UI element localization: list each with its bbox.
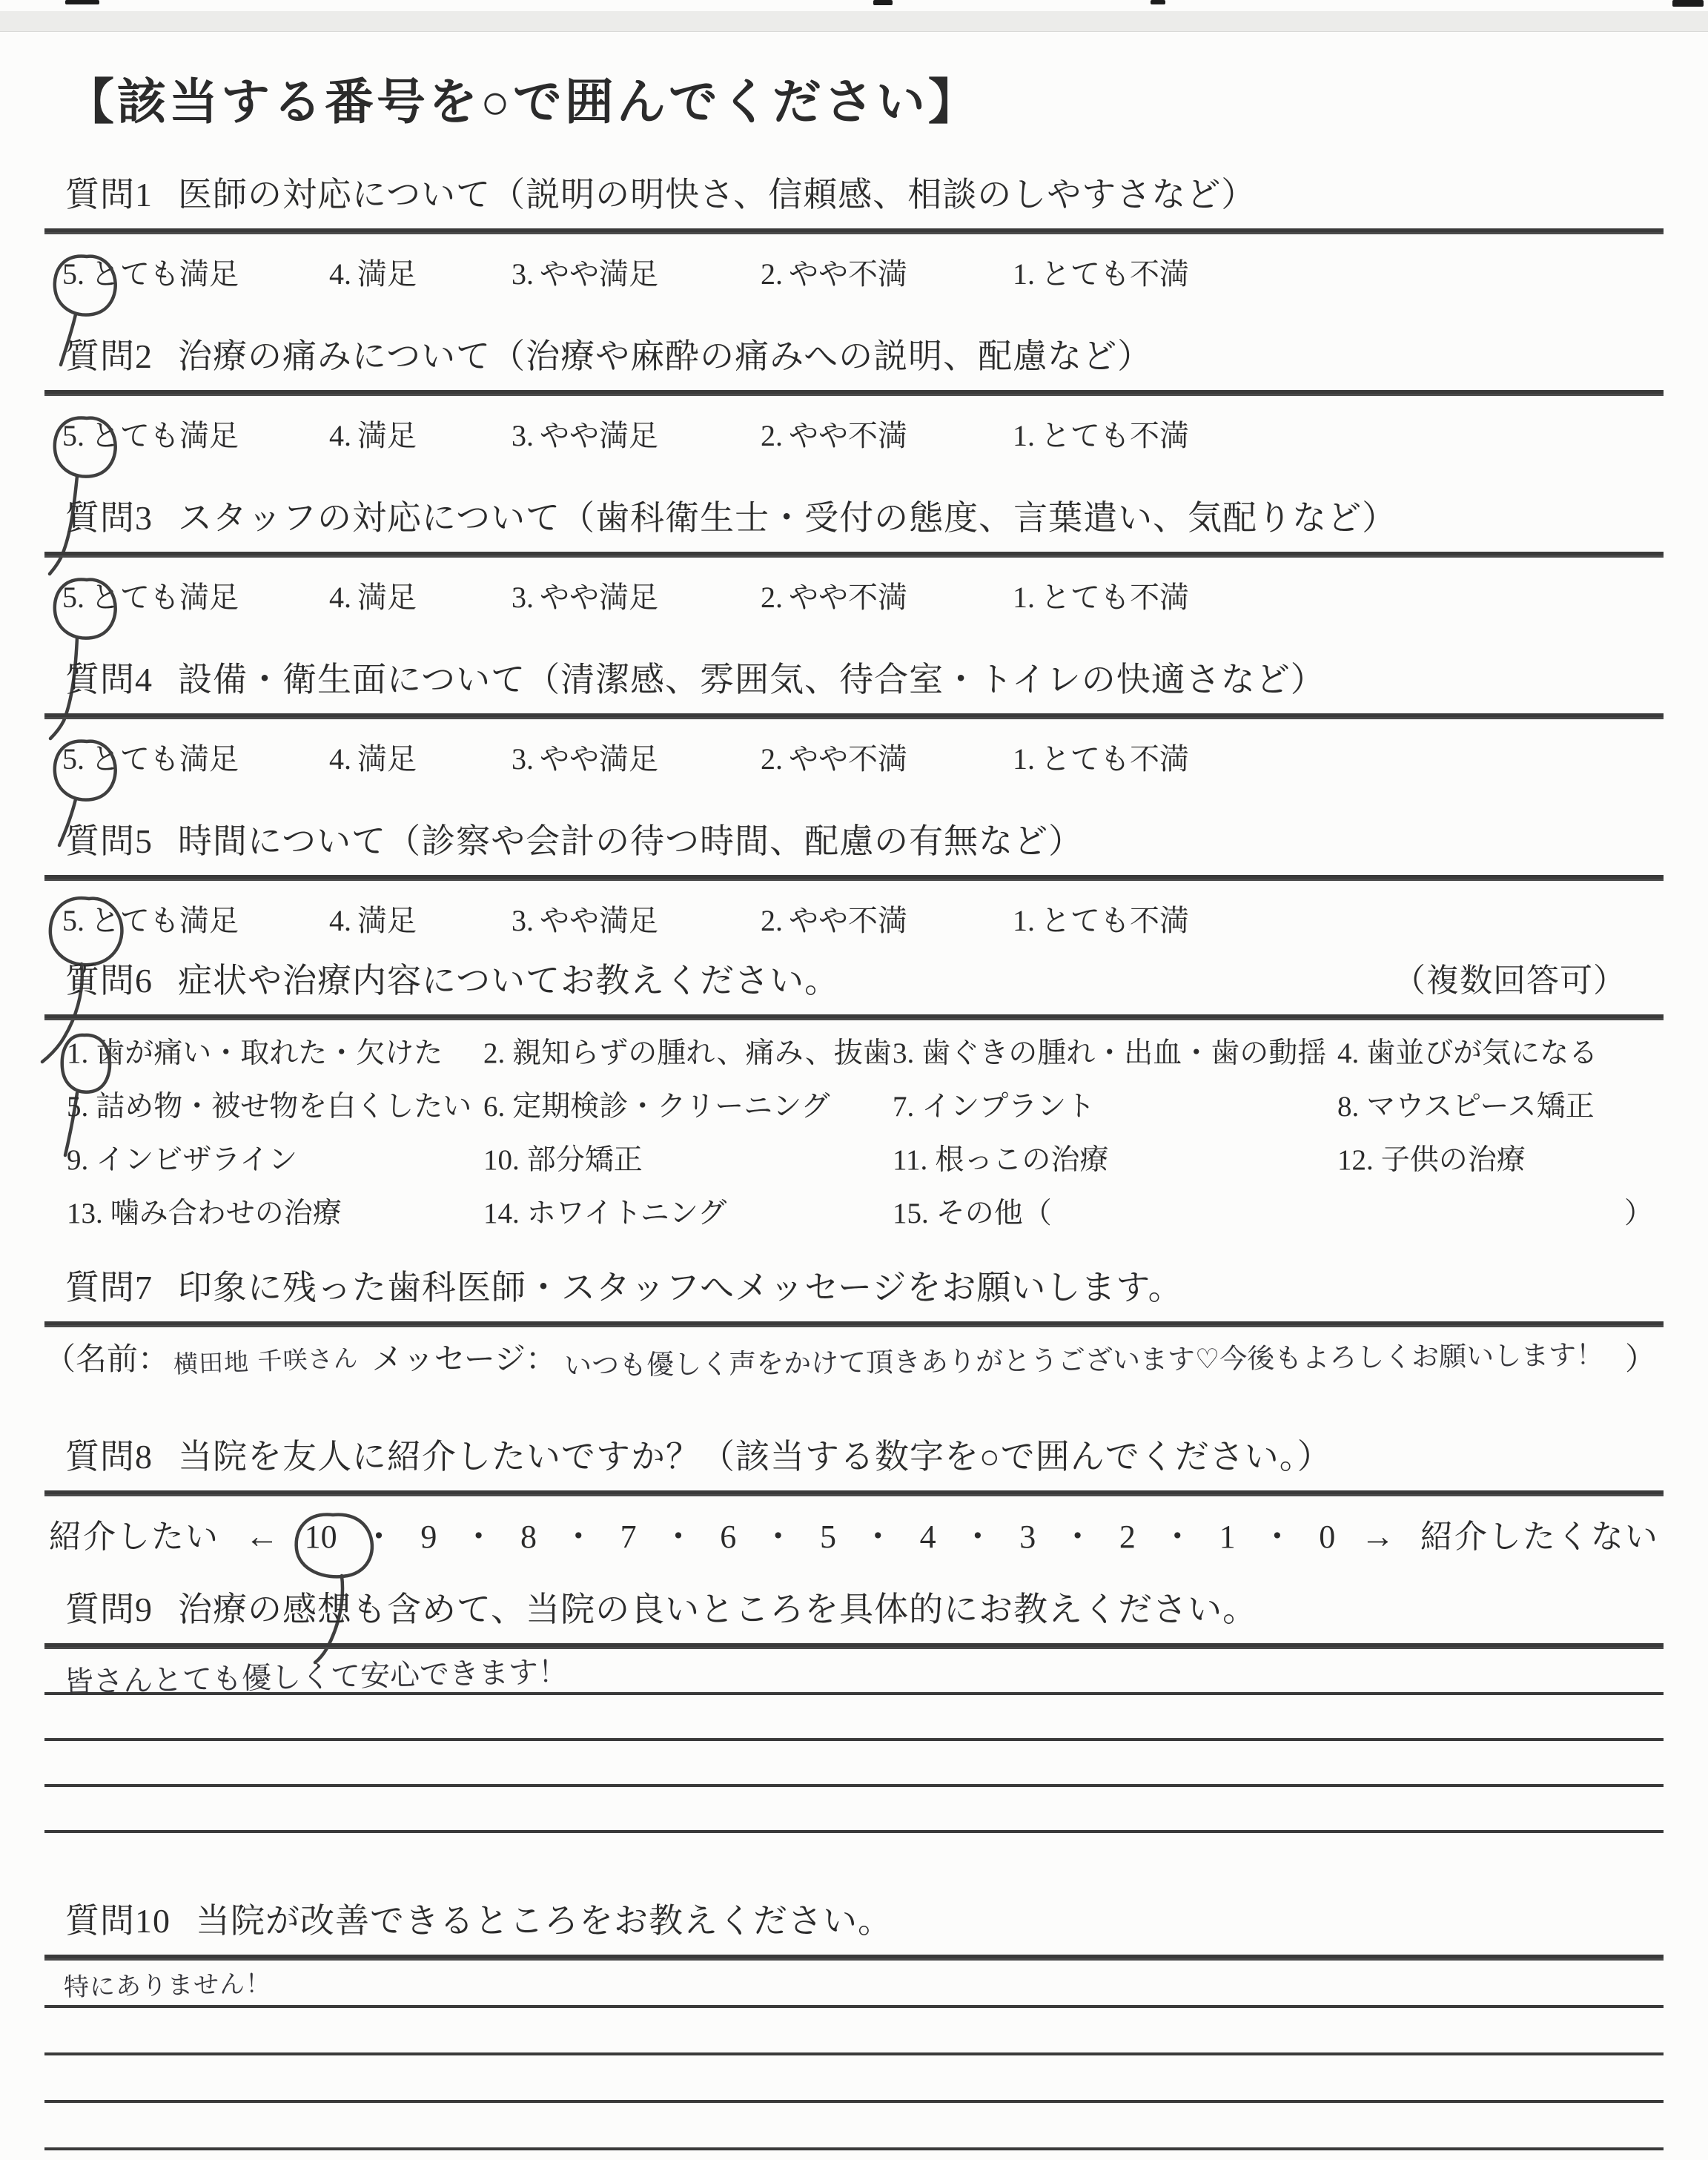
scan-artifact (1672, 0, 1704, 7)
question-1: 質問1 医師の対応について（説明の明快さ、信頼感、相談のしやすさなど） 5. と… (44, 168, 1664, 293)
question-1-heading: 質問1 医師の対応について（説明の明快さ、信頼感、相談のしやすさなど） (44, 168, 1664, 217)
question-5-heading: 質問5 時間について（診察や会計の待つ時間、配慮の有無など） (44, 814, 1664, 863)
option-1: 1.とても不満 (1013, 251, 1189, 293)
question-3-options: 5. とても満足 4.満足 3.やや満足 2.やや不満 1.とても不満 (44, 574, 1664, 616)
separator: ・ (1062, 1510, 1094, 1557)
question-9: 質問9 治療の感想も含めて、当院の良いところを具体的にお教えください。 皆さんと… (44, 1582, 1664, 1833)
close-paren: ） (1625, 1335, 1656, 1379)
page-title: 【該当する番号を○で囲んでください】 (65, 62, 980, 133)
option-3: 3.やや満足 (512, 574, 658, 616)
scale-3: 3 (1019, 1518, 1036, 1556)
option-number: 5. (62, 903, 85, 938)
writing-line (44, 2055, 1664, 2103)
q6-item-10: 10.部分矯正 (483, 1142, 893, 1179)
option-3: 3.やや満足 (512, 736, 658, 778)
q6-item-15: 15.その他（ ） (893, 1195, 1664, 1232)
divider-rule (44, 1643, 1664, 1649)
divider-rule (44, 1490, 1664, 1496)
q6-item-13: 13.噛み合わせの治療 (67, 1195, 483, 1232)
divider-rule (44, 390, 1664, 396)
scale-left-label: 紹介したい (49, 1510, 219, 1557)
question-7: 質問7 印象に残った歯科医師・スタッフへメッセージをお願いします。 （名前： 横… (44, 1261, 1664, 1379)
question-3-heading: 質問3 スタッフの対応について（歯科衛生士・受付の態度、言葉遣い、気配りなど） (44, 491, 1664, 540)
divider-rule (44, 228, 1664, 234)
question-2-heading: 質問2 治療の痛みについて（治療や麻酔の痛みへの説明、配慮など） (44, 329, 1664, 378)
option-3: 3.やや満足 (512, 412, 658, 455)
option-1: 1.とても不満 (1013, 897, 1189, 939)
multi-answer-note: （複数回答可） (1393, 954, 1626, 1001)
question-label: 質問1 (65, 168, 153, 217)
question-8: 質問8 当院を友人に紹介したいですか？（該当する数字を○で囲んでください。） 紹… (44, 1430, 1664, 1557)
right-arrow-icon: → (1361, 1516, 1395, 1556)
divider-rule (44, 1955, 1664, 1961)
name-prefix: （名前： (44, 1335, 169, 1379)
scale-8: 8 (520, 1518, 537, 1556)
writing-line: 特にありません！ (44, 1961, 1664, 2008)
question-10: 質問10 当院が改善できるところをお教えください。 特にありません！ (44, 1894, 1664, 2150)
question-5: 質問5 時間について（診察や会計の待つ時間、配慮の有無など） 5. とても満足 … (44, 814, 1664, 939)
divider-rule (44, 875, 1664, 881)
question-2: 質問2 治療の痛みについて（治療や麻酔の痛みへの説明、配慮など） 5. とても満… (44, 329, 1664, 455)
q6-item-14: 14.ホワイトニング (483, 1195, 893, 1232)
divider-rule (44, 713, 1664, 719)
handwritten-name: 横田地 千咲さん (173, 1339, 359, 1381)
option-5: 5. とても満足 (62, 412, 239, 455)
question-6-items: 1. 歯が痛い・取れた・欠けた 2.親知らずの腫れ、痛み、抜歯 3.歯ぐきの腫れ… (44, 1035, 1664, 1232)
option-5: 5. とても満足 (62, 251, 239, 293)
writing-line (44, 1741, 1664, 1787)
q6-item-1: 1. 歯が痛い・取れた・欠けた (67, 1035, 483, 1072)
handwritten-message: いつも優しく声をかけて頂きありがとうございます♡今後もよろしくお願いします！ (564, 1332, 1604, 1384)
option-3: 3.やや満足 (512, 251, 658, 293)
q6-item-5: 5.詰め物・被せ物を白くしたい (67, 1089, 483, 1126)
scale-2: 2 (1119, 1518, 1136, 1556)
option-label: とても満足 (90, 257, 239, 291)
scale-right-label: 紹介したくない (1420, 1510, 1659, 1557)
q6-item-3: 3.歯ぐきの腫れ・出血・歯の動揺 (893, 1035, 1337, 1072)
option-number: 5. (62, 418, 85, 453)
option-4: 4.満足 (329, 574, 417, 616)
scale-0: 0 (1319, 1518, 1335, 1556)
scale-5: 5 (820, 1518, 836, 1556)
option-5: 5. とても満足 (62, 897, 239, 939)
scan-artifact (1151, 0, 1165, 4)
scan-artifact (873, 0, 893, 5)
question-1-options: 5. とても満足 4.満足 3.やや満足 2.やや不満 1.とても不満 (44, 251, 1664, 293)
question-4-heading: 質問4 設備・衛生面について（清潔感、雰囲気、待合室・トイレの快適さなど） (44, 653, 1664, 701)
question-6: 質問6 症状や治療内容についてお教えください。 （複数回答可） 1. 歯が痛い・… (44, 954, 1664, 1232)
question-4-options: 5. とても満足 4.満足 3.やや満足 2.やや不満 1.とても不満 (44, 736, 1664, 778)
option-4: 4.満足 (329, 736, 417, 778)
question-8-heading: 質問8 当院を友人に紹介したいですか？（該当する数字を○で囲んでください。） (44, 1430, 1664, 1479)
message-prefix: メッセージ： (372, 1335, 557, 1379)
nps-scale: 紹介したい ← 10 ・ 9 ・ 8 ・ 7 ・ 6 ・ 5 ・ 4 ・ 3 ・… (44, 1510, 1664, 1557)
writing-line: 皆さんとても優しくて安心できます！ (44, 1649, 1664, 1695)
writing-line (44, 2008, 1664, 2055)
separator: ・ (1261, 1510, 1294, 1557)
question-4: 質問4 設備・衛生面について（清潔感、雰囲気、待合室・トイレの快適さなど） 5.… (44, 653, 1664, 778)
separator: ・ (562, 1510, 595, 1557)
separator: ・ (463, 1510, 495, 1557)
question-10-write-area: 特にありません！ (44, 1961, 1664, 2150)
q6-item-11: 11.根っこの治療 (893, 1142, 1337, 1179)
scale-9: 9 (420, 1518, 437, 1556)
option-1: 1.とても不満 (1013, 574, 1189, 616)
q6-item-7: 7.インプラント (893, 1089, 1337, 1126)
q6-item-6: 6.定期検診・クリーニング (483, 1089, 893, 1126)
option-1: 1.とても不満 (1013, 736, 1189, 778)
divider-rule (44, 1014, 1664, 1020)
separator: ・ (762, 1510, 795, 1557)
q6-item-12: 12.子供の治療 (1337, 1142, 1664, 1179)
handwritten-answer: 特にありません！ (64, 1964, 272, 2004)
separator: ・ (662, 1510, 695, 1557)
scale-6: 6 (720, 1518, 736, 1556)
handwritten-answer: 皆さんとても優しくて安心できます！ (63, 1648, 568, 1701)
question-7-answer-line: （名前： 横田地 千咲さん メッセージ： いつも優しく声をかけて頂きありがとうご… (44, 1335, 1664, 1379)
scanned-survey-page: 【該当する番号を○で囲んでください】 質問1 医師の対応について（説明の明快さ、… (0, 0, 1708, 2160)
question-10-heading: 質問10 当院が改善できるところをお教えください。 (44, 1894, 1664, 1943)
option-5: 5. とても満足 (62, 736, 239, 778)
option-2: 2.やや不満 (761, 897, 907, 939)
writing-line (44, 2103, 1664, 2150)
option-number: 5. (62, 580, 85, 615)
separator: ・ (861, 1510, 894, 1557)
writing-line (44, 1695, 1664, 1741)
option-number: 5. (62, 257, 85, 291)
question-6-heading: 質問6 症状や治療内容についてお教えください。 （複数回答可） (44, 954, 1664, 1003)
question-9-write-area: 皆さんとても優しくて安心できます！ (44, 1649, 1664, 1833)
question-9-heading: 質問9 治療の感想も含めて、当院の良いところを具体的にお教えください。 (44, 1582, 1664, 1631)
question-2-options: 5. とても満足 4.満足 3.やや満足 2.やや不満 1.とても不満 (44, 412, 1664, 455)
option-2: 2.やや不満 (761, 574, 907, 616)
question-7-heading: 質問7 印象に残った歯科医師・スタッフへメッセージをお願いします。 (44, 1261, 1664, 1309)
option-3: 3.やや満足 (512, 897, 658, 939)
q6-item-2: 2.親知らずの腫れ、痛み、抜歯 (483, 1035, 893, 1072)
question-title: 医師の対応について（説明の明快さ、信頼感、相談のしやすさなど） (178, 168, 1256, 217)
option-2: 2.やや不満 (761, 736, 907, 778)
divider-rule (44, 552, 1664, 558)
divider-rule (44, 1321, 1664, 1327)
option-4: 4.満足 (329, 251, 417, 293)
q6-item-4: 4.歯並びが気になる (1337, 1035, 1664, 1072)
q6-item-9: 9.インビザライン (67, 1142, 483, 1179)
question-3: 質問3 スタッフの対応について（歯科衛生士・受付の態度、言葉遣い、気配りなど） … (44, 491, 1664, 616)
scan-band (0, 11, 1708, 32)
item-number: 1. (67, 1035, 88, 1072)
other-close-paren: ） (1624, 1195, 1653, 1232)
q6-item-8: 8.マウスピース矯正 (1337, 1089, 1664, 1126)
option-2: 2.やや不満 (761, 412, 907, 455)
scale-4: 4 (920, 1518, 936, 1556)
left-arrow-icon: ← (245, 1516, 279, 1556)
question-5-options: 5. とても満足 4.満足 3.やや満足 2.やや不満 1.とても不満 (44, 897, 1664, 939)
option-2: 2.やや不満 (761, 251, 907, 293)
scale-10: 10 (305, 1518, 337, 1556)
separator: ・ (961, 1510, 994, 1557)
separator: ・ (363, 1510, 395, 1557)
scale-1: 1 (1219, 1518, 1236, 1556)
option-1: 1.とても不満 (1013, 412, 1189, 455)
separator: ・ (1161, 1510, 1194, 1557)
scale-7: 7 (620, 1518, 637, 1556)
option-number: 5. (62, 742, 85, 776)
scan-artifact (65, 0, 99, 4)
option-5: 5. とても満足 (62, 574, 239, 616)
option-4: 4.満足 (329, 412, 417, 455)
option-4: 4.満足 (329, 897, 417, 939)
writing-line (44, 1787, 1664, 1833)
